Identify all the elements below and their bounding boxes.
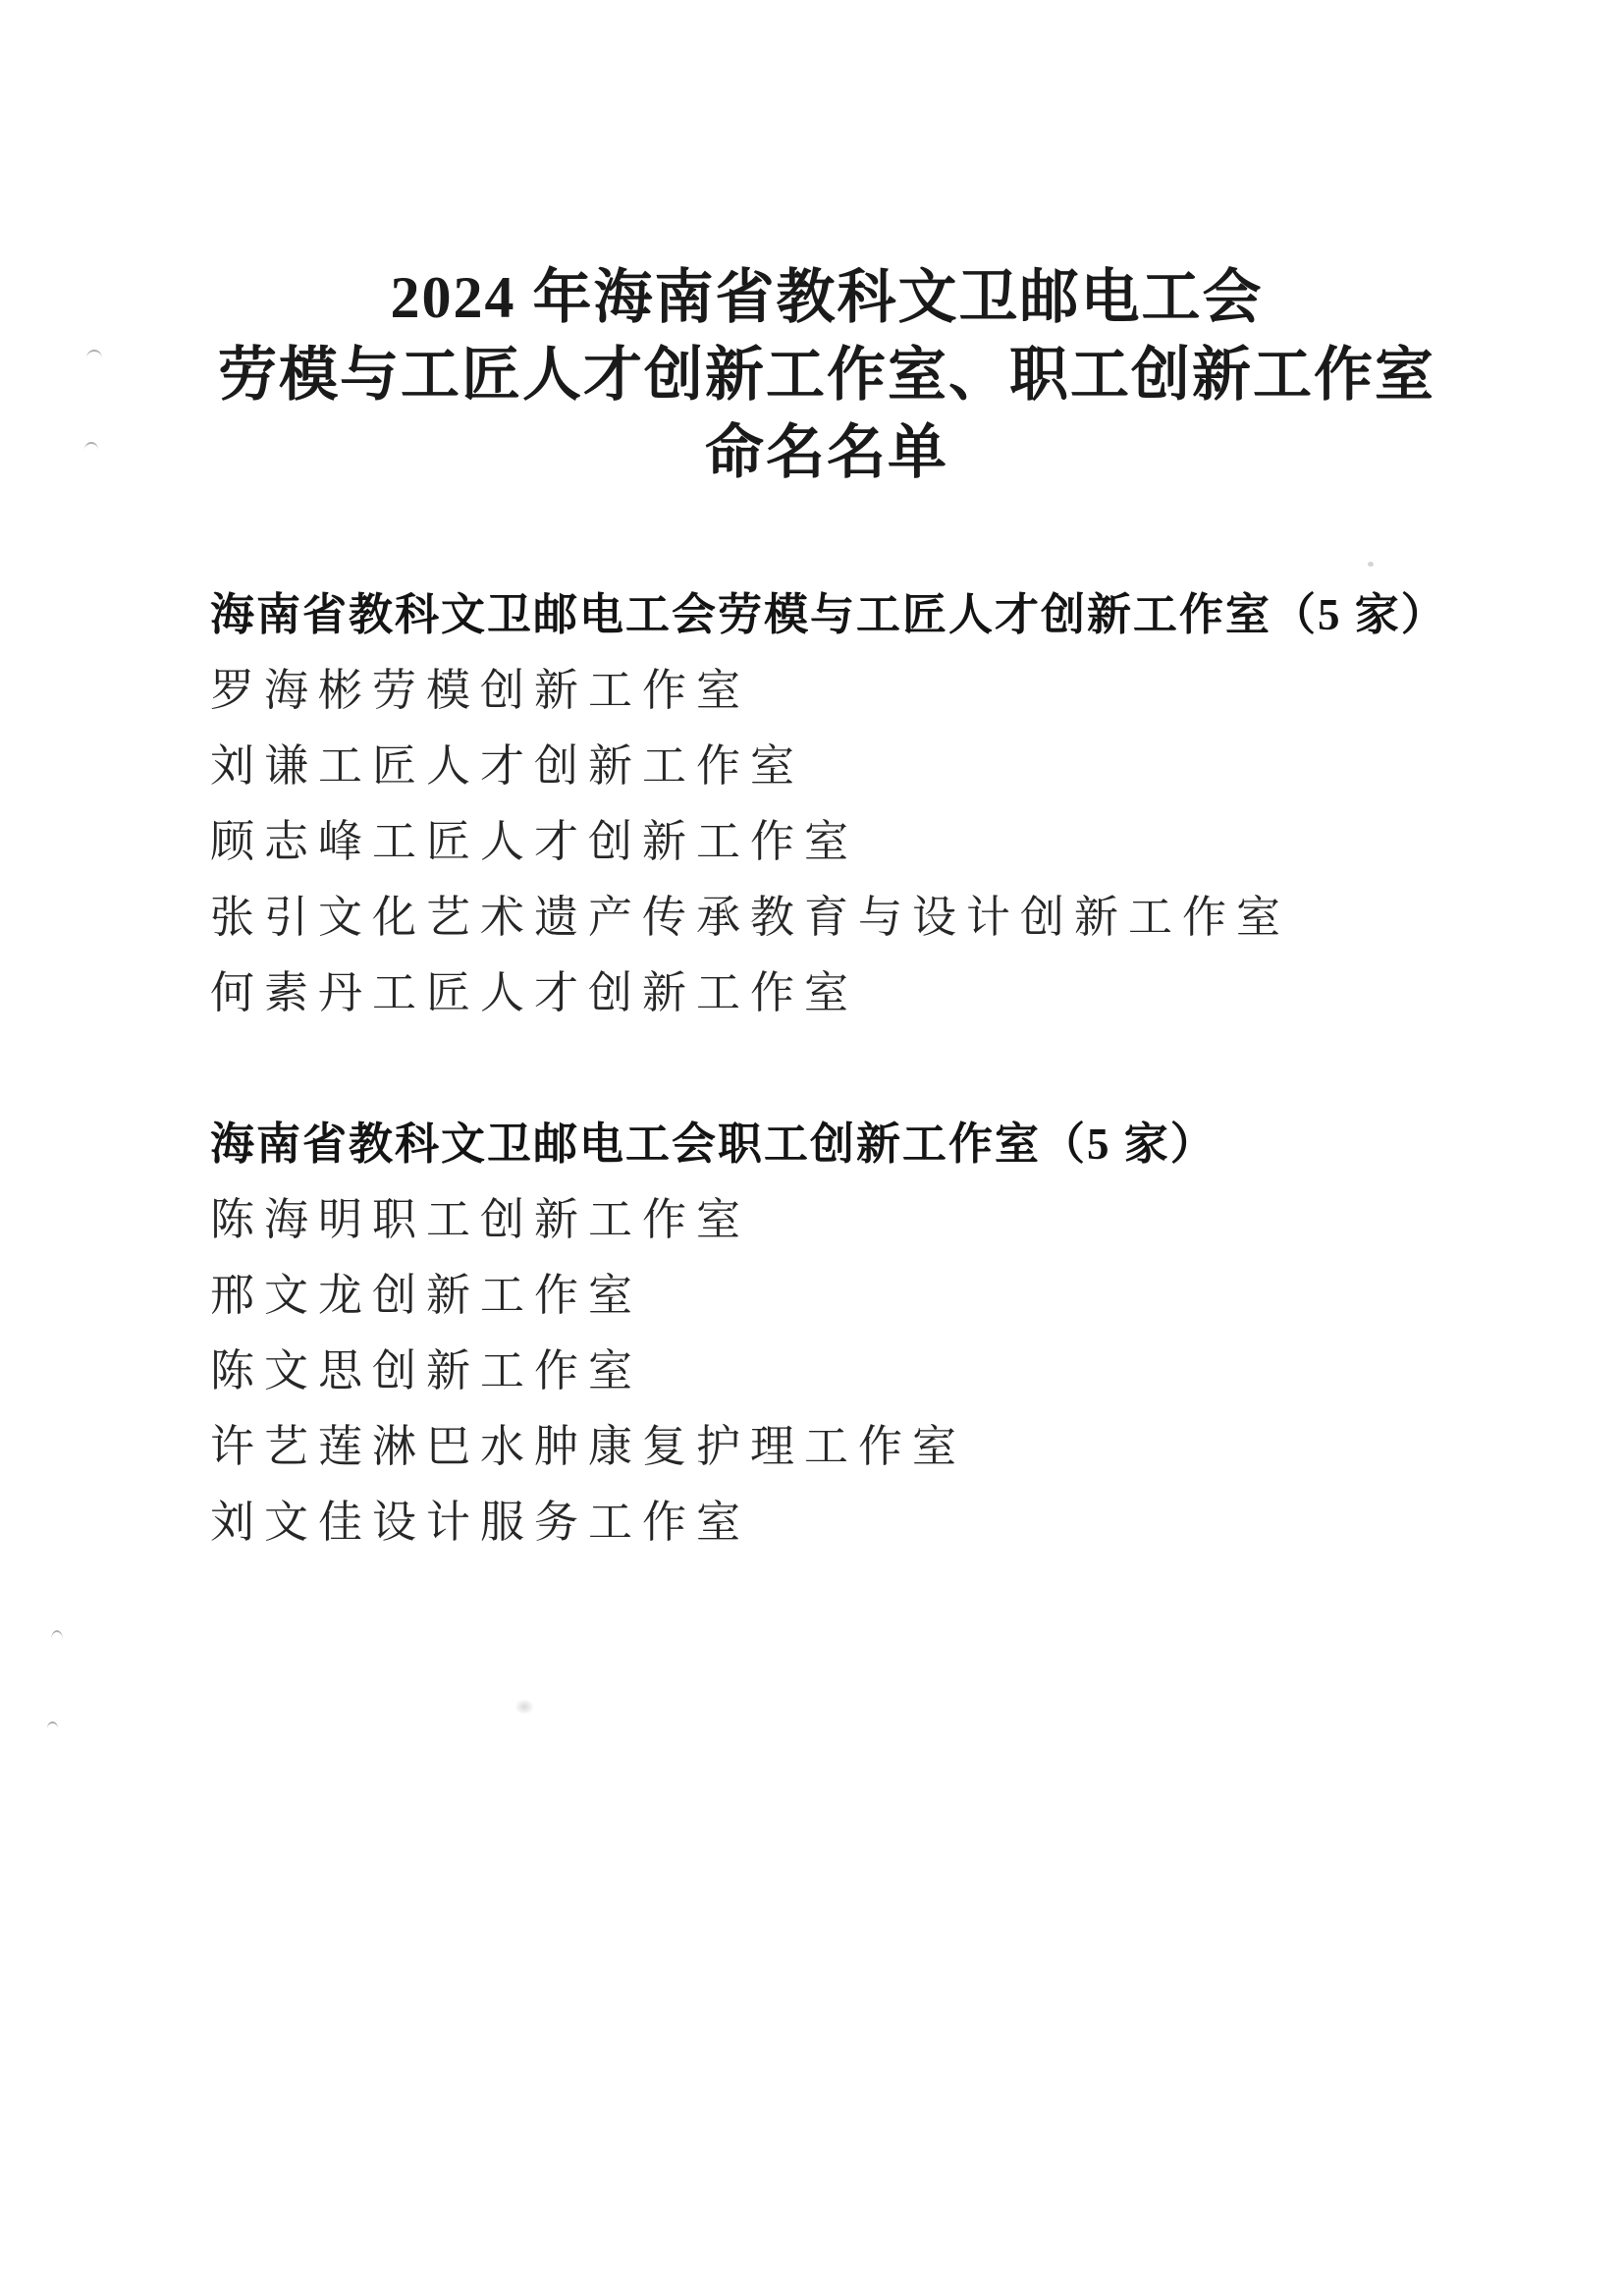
- list-item: 邢文龙创新工作室: [210, 1253, 1563, 1329]
- scan-artifact: [514, 1699, 534, 1715]
- section-header: 海南省教科文卫邮电工会劳模与工匠人才创新工作室（5 家）: [210, 573, 1563, 648]
- document-title: 2024 年海南省教科文卫邮电工会 劳模与工匠人才创新工作室、职工创新工作室 命…: [16, 259, 1622, 492]
- list-item: 何素丹工匠人才创新工作室: [210, 951, 1563, 1026]
- list-item: 陈文思创新工作室: [210, 1329, 1563, 1404]
- list-item: 许艺莲淋巴水肿康复护理工作室: [210, 1404, 1563, 1480]
- section-header: 海南省教科文卫邮电工会职工创新工作室（5 家）: [210, 1102, 1563, 1177]
- document-body: 海南省教科文卫邮电工会劳模与工匠人才创新工作室（5 家） 罗海彬劳模创新工作室 …: [210, 573, 1563, 1556]
- title-line-2: 劳模与工匠人才创新工作室、职工创新工作室: [16, 337, 1622, 414]
- list-item: 刘文佳设计服务工作室: [210, 1480, 1563, 1556]
- list-item: 顾志峰工匠人才创新工作室: [210, 799, 1563, 875]
- scan-artifact: [1368, 562, 1374, 567]
- title-line-1: 2024 年海南省教科文卫邮电工会: [16, 259, 1622, 337]
- section-staff-innovation-studios: 海南省教科文卫邮电工会职工创新工作室（5 家） 陈海明职工创新工作室 邢文龙创新…: [210, 1102, 1563, 1556]
- section-gap: [210, 1026, 1563, 1102]
- list-item: 张引文化艺术遗产传承教育与设计创新工作室: [210, 875, 1563, 951]
- list-item: 陈海明职工创新工作室: [210, 1177, 1563, 1253]
- section-model-worker-craftsman-studios: 海南省教科文卫邮电工会劳模与工匠人才创新工作室（5 家） 罗海彬劳模创新工作室 …: [210, 573, 1563, 1026]
- scan-artifact: [47, 1722, 58, 1728]
- list-item: 罗海彬劳模创新工作室: [210, 648, 1563, 724]
- scan-artifact: [51, 1630, 63, 1640]
- title-line-3: 命名名单: [16, 414, 1622, 492]
- list-item: 刘谦工匠人才创新工作室: [210, 724, 1563, 799]
- scanned-document-page: 2024 年海南省教科文卫邮电工会 劳模与工匠人才创新工作室、职工创新工作室 命…: [0, 0, 1622, 2296]
